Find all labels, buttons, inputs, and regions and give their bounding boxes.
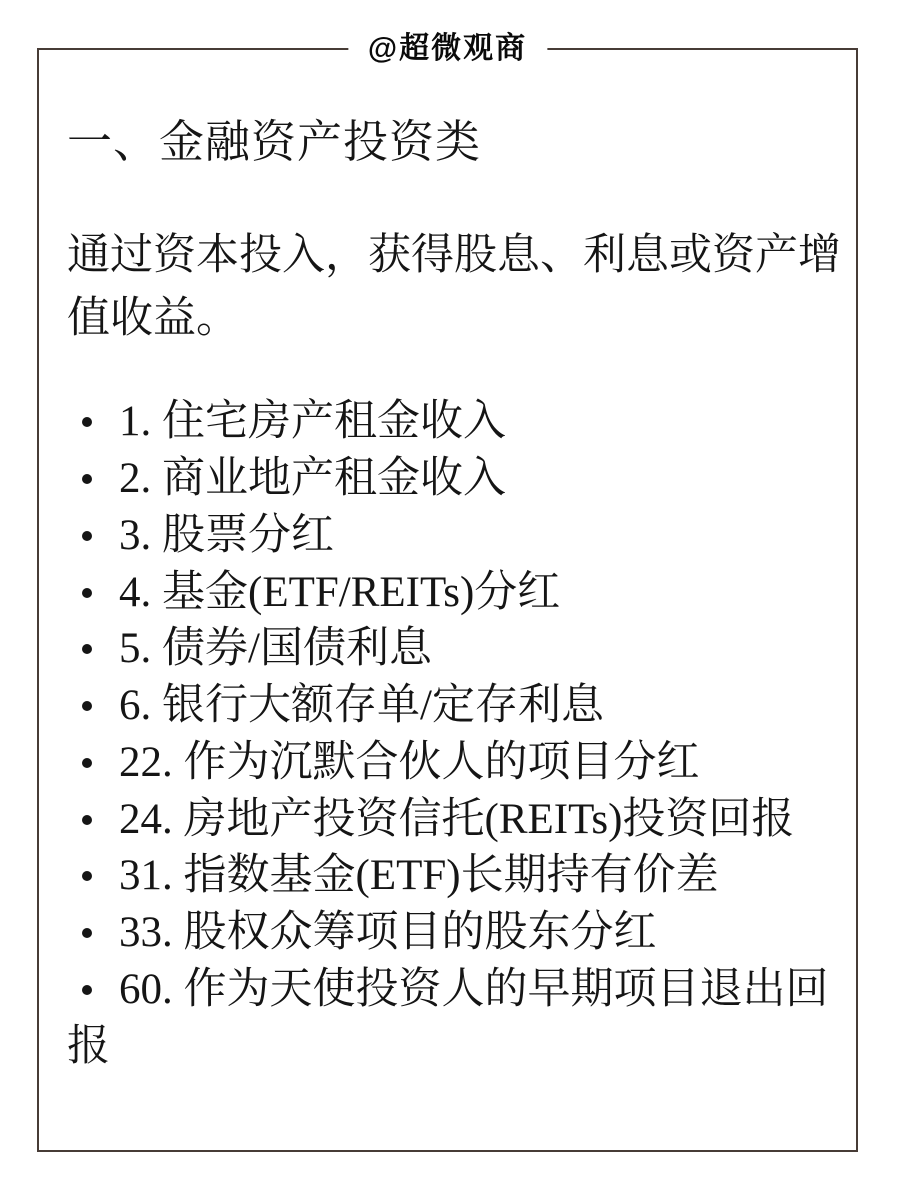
section-title: 一、金融资产投资类	[67, 112, 854, 173]
bullet-dot-icon	[82, 417, 92, 427]
list-item: 31. 指数基金(ETF)长期持有价差	[67, 848, 854, 905]
list-item: 6. 银行大额存单/定存利息	[67, 678, 854, 735]
income-list: 1. 住宅房产租金收入 2. 商业地产租金收入 3. 股票分红 4. 基金(ET…	[67, 394, 854, 1075]
list-item-text: 31. 指数基金(ETF)长期持有价差	[119, 852, 719, 899]
bullet-dot-icon	[82, 928, 92, 938]
list-item-text: 3. 股票分红	[119, 512, 334, 559]
list-item-text: 1. 住宅房产租金收入	[119, 398, 506, 445]
border-frame: @超微观商 一、金融资产投资类 通过资本投入，获得股息、利息或资产增值收益。 1…	[37, 48, 858, 1152]
infographic-card: @超微观商 一、金融资产投资类 通过资本投入，获得股息、利息或资产增值收益。 1…	[0, 0, 897, 1200]
list-item: 1. 住宅房产租金收入	[67, 394, 854, 451]
bullet-dot-icon	[82, 474, 92, 484]
bullet-dot-icon	[82, 758, 92, 768]
bullet-dot-icon	[82, 871, 92, 881]
list-item: 3. 股票分红	[67, 508, 854, 565]
bullet-dot-icon	[82, 531, 92, 541]
card-content: 一、金融资产投资类 通过资本投入，获得股息、利息或资产增值收益。 1. 住宅房产…	[39, 50, 856, 1075]
list-item: 22. 作为沉默合伙人的项目分红	[67, 735, 854, 792]
list-item-text: 60. 作为天使投资人的早期项目退出回报	[67, 966, 829, 1070]
list-item: 33. 股权众筹项目的股东分红	[67, 905, 854, 962]
list-item-text: 6. 银行大额存单/定存利息	[119, 682, 604, 729]
list-item: 60. 作为天使投资人的早期项目退出回报	[67, 962, 854, 1076]
bullet-dot-icon	[82, 815, 92, 825]
bullet-dot-icon	[82, 985, 92, 995]
list-item-text: 2. 商业地产租金收入	[119, 455, 506, 502]
bullet-dot-icon	[82, 701, 92, 711]
list-item: 4. 基金(ETF/REITs)分红	[67, 565, 854, 622]
bullet-dot-icon	[82, 588, 92, 598]
watermark-handle: @超微观商	[348, 29, 547, 69]
list-item-text: 4. 基金(ETF/REITs)分红	[119, 569, 560, 616]
section-intro: 通过资本投入，获得股息、利息或资产增值收益。	[67, 225, 854, 351]
list-item-text: 24. 房地产投资信托(REITs)投资回报	[119, 796, 794, 843]
list-item-text: 5. 债券/国债利息	[119, 625, 432, 672]
list-item: 5. 债券/国债利息	[67, 621, 854, 678]
list-item: 24. 房地产投资信托(REITs)投资回报	[67, 792, 854, 849]
list-item-text: 22. 作为沉默合伙人的项目分红	[119, 739, 700, 786]
list-item-text: 33. 股权众筹项目的股东分红	[119, 909, 657, 956]
list-item: 2. 商业地产租金收入	[67, 451, 854, 508]
bullet-dot-icon	[82, 644, 92, 654]
